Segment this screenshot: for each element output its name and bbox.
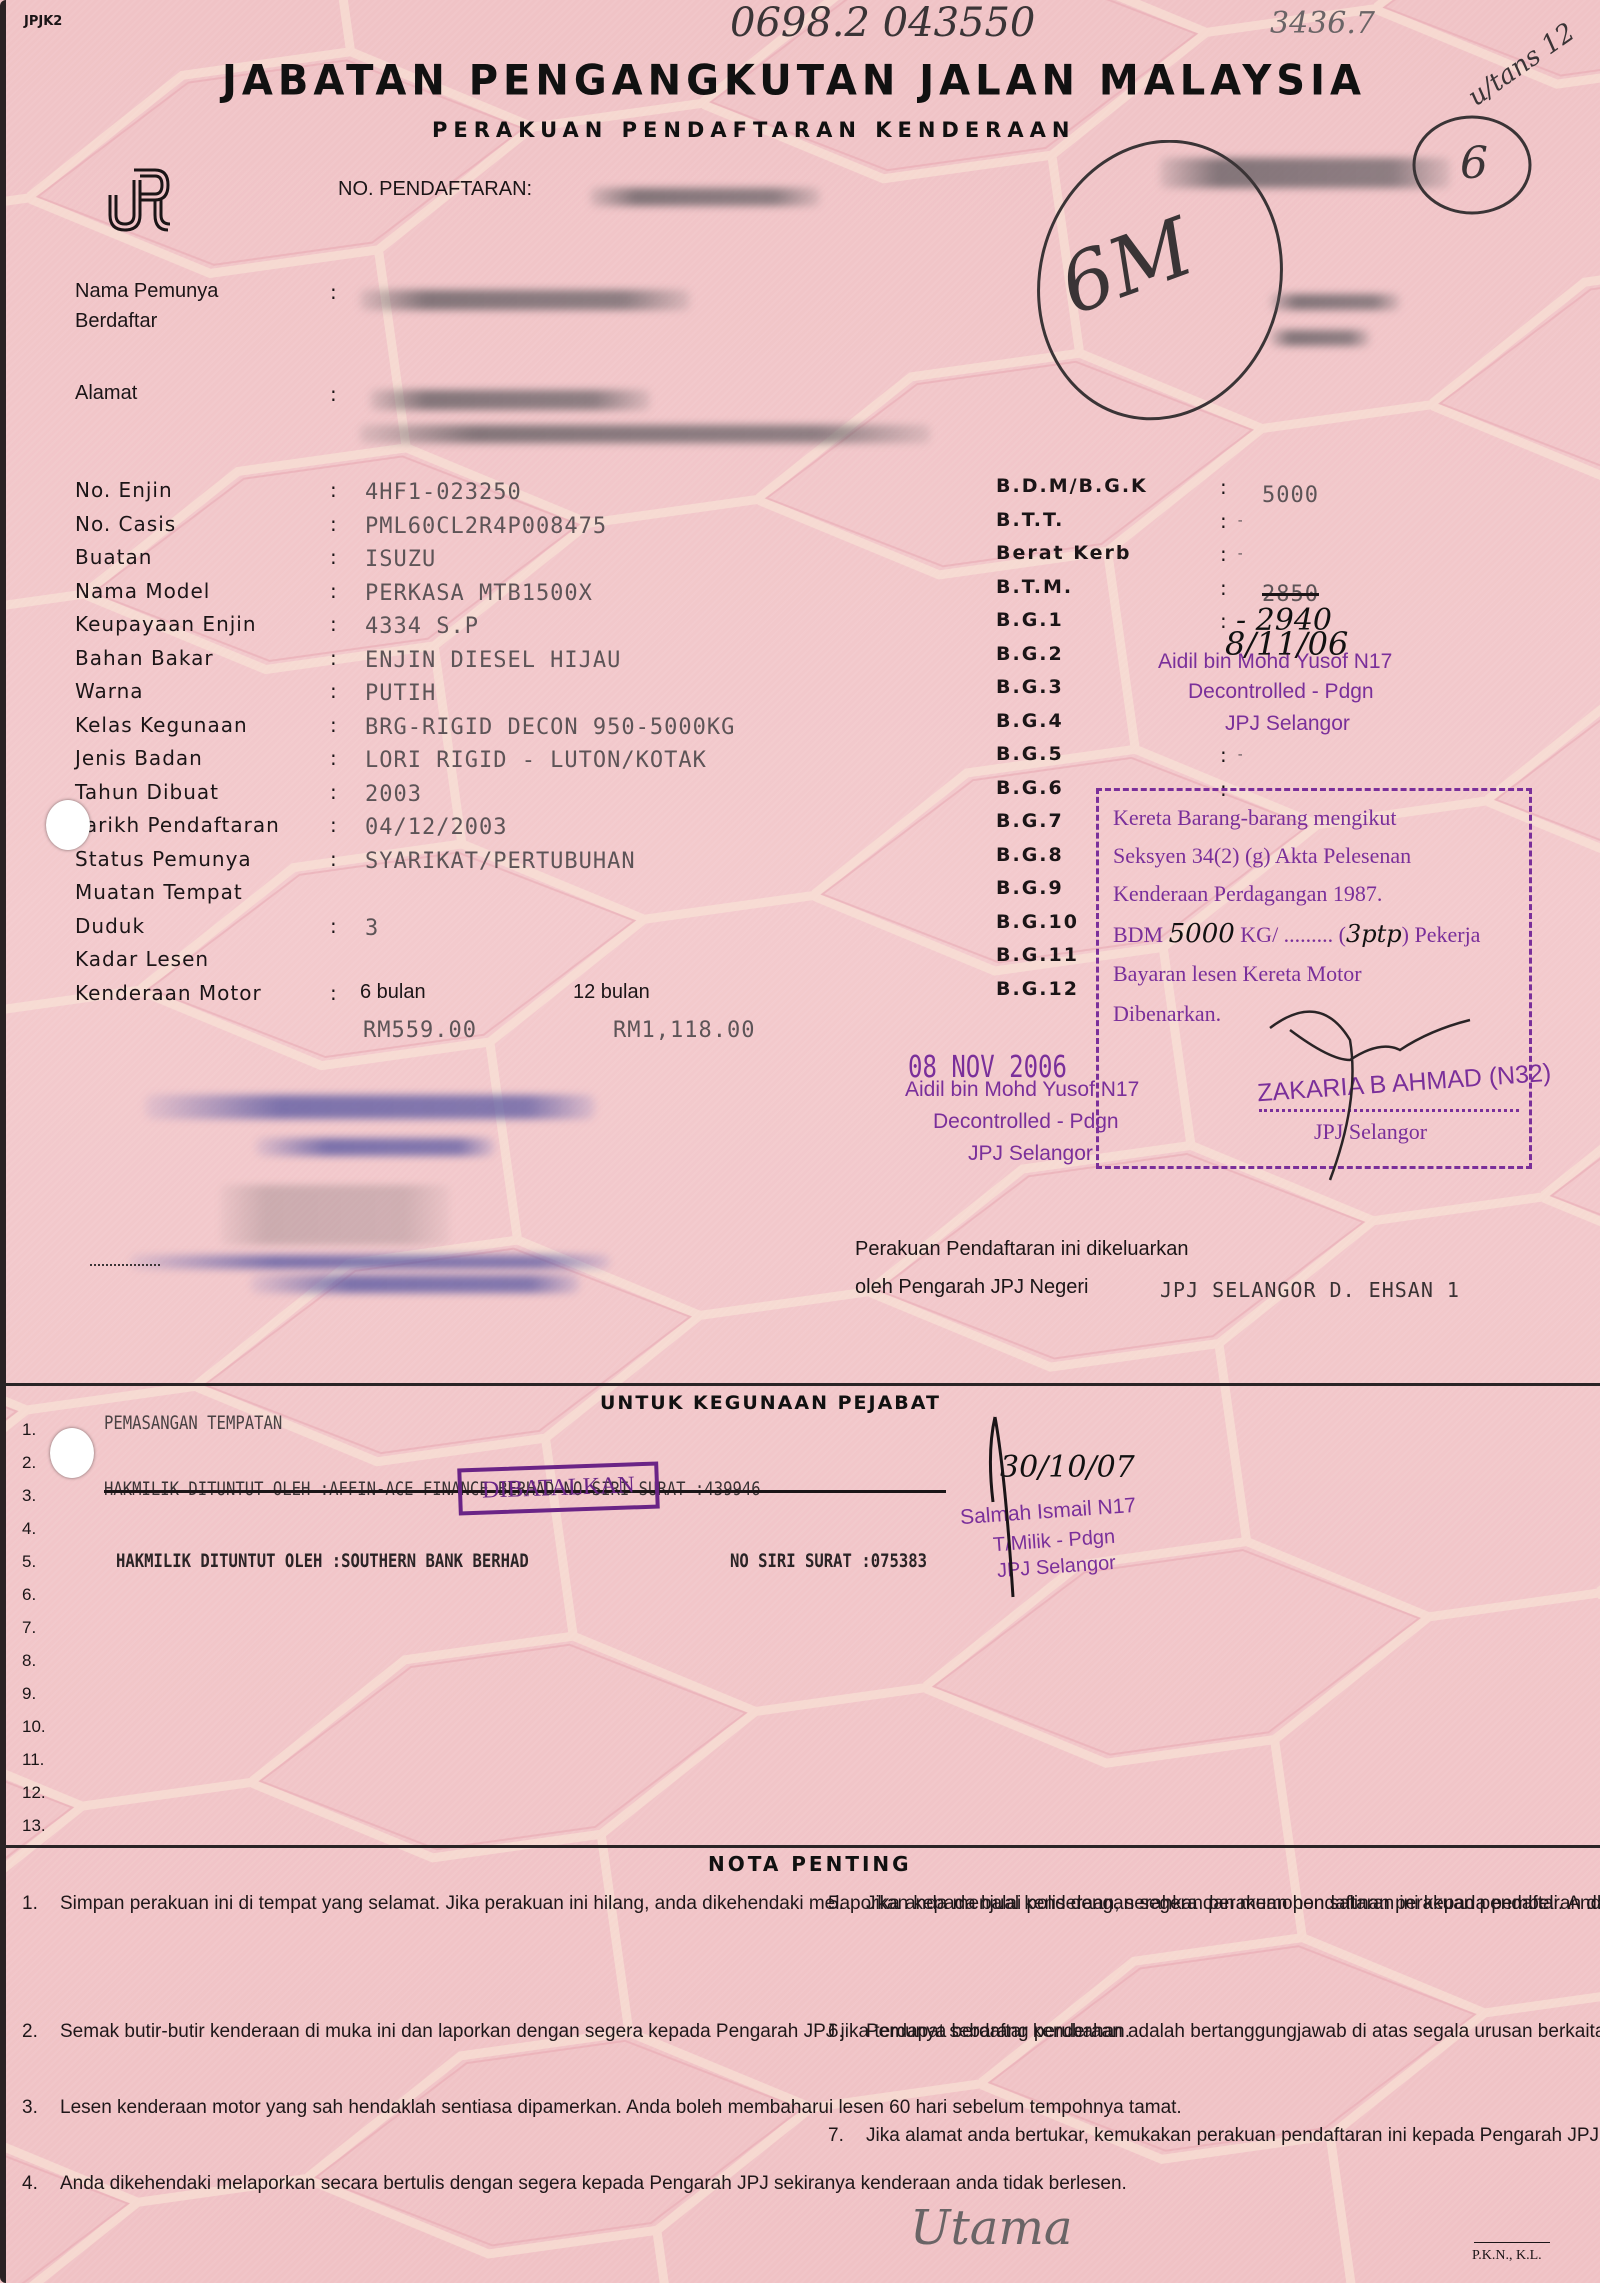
owner-label-line2: Berdaftar [75,310,157,333]
colon: : [330,646,337,670]
field-label: B.G.5 [996,743,1064,765]
row-number: 11. [22,1750,62,1783]
field-label: Status Pemunya [75,847,252,871]
stamp-line: Seksyen 34(2) (g) Akta Pelesenan [1113,843,1411,869]
note-text: Jika anda menjual kenderaan, serahkan pe… [866,1890,1584,1917]
field-label: B.D.M/B.G.K [996,475,1148,497]
form-code: JPJK2 [24,14,62,29]
field-label: B.G.8 [996,844,1064,866]
stamp-bdm-prefix: BDM [1113,922,1163,947]
redacted-right-1 [1270,294,1400,310]
colon: : [330,813,337,837]
chassis-number: PML60CL2R4P008475 [365,514,607,539]
note-item: 2.Semak butir-butir kenderaan di muka in… [22,2018,780,2045]
colon: : [330,382,337,406]
redacted-signature-4 [130,1255,610,1269]
note-text: Jika alamat anda bertukar, kemukakan per… [866,2122,1584,2149]
field-row: No. Enjin:4HF1-023250 [75,478,795,512]
field-row: Tahun Dibuat:2003 [75,780,795,814]
field-row: No. Casis:PML60CL2R4P008475 [75,512,795,546]
field-label: Jenis Badan [75,746,203,770]
colon: : [1220,475,1227,499]
colon: : [1220,743,1227,767]
row-number: 1. [22,1420,62,1453]
note-number: 5. [828,1890,844,1917]
field-row: Jenis Badan:LORI RIGID - LUTON/KOTAK [75,746,795,780]
row-number: 7. [22,1618,62,1651]
note-item: 1.Simpan perakuan ini di tempat yang sel… [22,1890,780,1917]
cancelled-stamp: DIBATALKAN [457,1462,659,1516]
field-row: Keupayaan Enjin:4334 S.P [75,612,795,646]
colon: : [330,280,337,304]
six-month-rate: RM559.00 [363,1018,477,1043]
field-label: Kenderaan Motor [75,981,262,1005]
row-number: 2. [22,1453,62,1486]
note-text: Lesen kenderaan motor yang sah hendaklah… [60,2094,780,2121]
note-text: Semak butir-butir kenderaan di muka ini … [60,2018,780,2045]
colon: : [1220,509,1227,533]
colon: : [330,780,337,804]
field-label: B.G.3 [996,676,1064,698]
field-label: Tahun Dibuat [75,780,219,804]
note-text: Pemunya berdaftar kenderaan adalah berta… [866,2018,1584,2045]
agency-title: JABATAN PENGANGKUTAN JALAN MALAYSIA [222,57,1366,105]
address-line2-redacted [360,425,930,443]
row-number: 8. [22,1651,62,1684]
field-row: Bahan Bakar:ENJIN DIESEL HIJAU [75,646,795,680]
issuer-line1: Perakuan Pendaftaran ini dikeluarkan [855,1238,1189,1261]
colon: : [330,545,337,569]
field-label: B.G.7 [996,810,1064,832]
row-number: 6. [22,1585,62,1618]
jpj-logo-icon [100,160,180,235]
certificate-subtitle: PERAKUAN PENDAFTARAN KENDERAAN [432,118,1075,142]
field-label: B.G.4 [996,710,1064,732]
issuer-office: JPJ SELANGOR D. EHSAN 1 [1160,1278,1460,1302]
field-value: - [1236,546,1245,562]
field-row: Duduk:3 [75,914,795,948]
field-label: No. Enjin [75,478,173,502]
field-row: Kelas Kegunaan:BRG-RIGID DECON 950-5000K… [75,713,795,747]
handwritten-signature: Utama [910,2200,1073,2256]
dotted-line [90,1264,160,1266]
note-text: Anda dikehendaki melaporkan secara bertu… [60,2170,780,2197]
colon: : [330,579,337,603]
field-label: B.G.6 [996,777,1064,799]
colon: : [330,746,337,770]
twelve-month-label: 12 bulan [573,981,650,1004]
redacted-signature-3 [220,1185,450,1245]
registration-number-label: NO. PENDAFTARAN: [338,178,532,201]
field-label: Kelas Kegunaan [75,713,248,737]
usage-class: BRG-RIGID DECON 950-5000KG [365,715,735,740]
field-label: B.G.2 [996,643,1064,665]
stamp-line: Kenderaan Perdagangan 1987. [1113,881,1382,907]
note-number: 1. [22,1890,38,1917]
row-number: 3. [22,1486,62,1519]
section-divider [0,1383,1600,1386]
note-text: Simpan perakuan ini di tempat yang selam… [60,1890,780,1917]
signature-scribble [1240,980,1490,1210]
punch-hole [46,800,90,850]
colon: : [330,478,337,502]
note-item: 7.Jika alamat anda bertukar, kemukakan p… [828,2122,1584,2149]
fuel-type: ENJIN DIESEL HIJAU [365,648,621,673]
stamp-bdm-line: BDM 5000 KG/ ......... (3ptp) Pekerja [1113,919,1480,949]
officer-stamp-role: Decontrolled - Pdgn [1188,680,1374,704]
office-row-numbers: 1. 2. 3. 4. 5. 6. 7. 8. 9. 10. 11. 12. 1… [22,1420,62,1849]
officer-stamp-name: Aidil bin Mohd Yusof N17 [905,1078,1139,1102]
handwritten-bdm-value: 5000 [1169,919,1235,949]
officer-stamp-office: JPJ Selangor [1225,712,1350,736]
field-label: Berat Kerb [996,542,1132,564]
cancelled-lien-entry: HAKMILIK DITUNTUT OLEH :AFFIN-ACE FINANC… [104,1478,761,1500]
field-label: Nama Model [75,579,210,603]
field-row: Kadar Lesen [75,947,795,981]
address-label: Alamat [75,382,137,405]
field-row: Muatan Tempat [75,880,795,914]
engine-capacity: 4334 S.P [365,614,479,639]
handwritten-date: 8/11/06 [1225,625,1348,663]
row-number: 4. [22,1519,62,1552]
registration-number-redacted [590,188,820,206]
owner-label-line1: Nama Pemunya [75,280,218,303]
printer-mark: P.K.N., K.L. [1472,2248,1542,2264]
field-row: Nama Model:PERKASA MTB1500X [75,579,795,613]
address-line1-redacted [370,390,650,410]
notes-title: NOTA PENTING [708,1852,912,1876]
colon: : [1220,542,1227,566]
colon: : [330,847,337,871]
registration-date: 04/12/2003 [365,815,507,840]
field-label: B.G.1 [996,609,1064,631]
field-label: B.T.M. [996,576,1073,598]
field-label: B.G.12 [996,978,1079,1000]
office-entry-header: PEMASANGAN TEMPATAN [104,1412,282,1434]
note-number: 4. [22,2170,38,2197]
note-number: 7. [828,2122,844,2149]
issuer-line2-label: oleh Pengarah JPJ Negeri [855,1276,1088,1299]
year-made: 2003 [365,782,422,807]
officer-stamp-role: Decontrolled - Pdgn [933,1110,1119,1134]
field-value: - [1236,513,1245,529]
redacted-signature-5 [250,1275,580,1293]
note-number: 6. [828,2018,844,2045]
field-row: Kenderaan Motor: 6 bulan 12 bulan [75,981,795,1015]
note-item: 5.Jika anda menjual kenderaan, serahkan … [828,1890,1584,1917]
colon: : [330,713,337,737]
field-label: B.G.10 [996,911,1079,933]
row-number: 10. [22,1717,62,1750]
handwritten-file-number: 0698.2 043550 [730,0,1035,46]
field-label: Muatan Tempat [75,880,243,904]
printer-rule [1474,2242,1550,2243]
office-use-title: UNTUK KEGUNAAN PEJABAT [600,1392,941,1414]
lien-letter-number: NO SIRI SURAT :075383 [730,1550,927,1572]
model-name: PERKASA MTB1500X [365,581,593,606]
color: PUTIH [365,681,436,706]
document-border [0,0,6,2283]
colon: : [1220,576,1227,600]
field-label: Duduk [75,914,145,938]
field-label: B.G.9 [996,877,1064,899]
field-label: Keupayaan Enjin [75,612,257,636]
colon: : [330,981,337,1005]
section-divider [0,1845,1600,1848]
redacted-right-2 [1270,330,1370,346]
colon: : [330,679,337,703]
note-item: 4.Anda dikehendaki melaporkan secara ber… [22,2170,780,2197]
stamp-bdm-mid: KG/ ......... ( [1240,922,1346,947]
field-label: Kadar Lesen [75,947,209,971]
stamp-line: Kereta Barang-barang mengikut [1113,805,1396,831]
field-label: Tarikh Pendaftaran [75,813,280,837]
field-label: No. Casis [75,512,176,536]
twelve-month-rate: RM1,118.00 [613,1018,755,1043]
owner-name-redacted [360,290,690,310]
owner-status: SYARIKAT/PERTUBUHAN [365,849,636,874]
row-number: 9. [22,1684,62,1717]
signature-stroke [985,1412,1035,1602]
redacted-signature-2 [255,1138,495,1156]
colon: : [330,914,337,938]
field-label: B.T.T. [996,509,1064,531]
note-item: 6.Pemunya berdaftar kenderaan adalah ber… [828,2018,1584,2045]
field-label: Bahan Bakar [75,646,214,670]
six-month-label: 6 bulan [360,981,426,1004]
field-label: B.G.11 [996,944,1079,966]
officer-stamp-office: JPJ Selangor [968,1142,1093,1166]
note-number: 2. [22,2018,38,2045]
gross-weight: 5000 [1262,483,1319,508]
row-number: 12. [22,1783,62,1816]
note-item: 3.Lesen kenderaan motor yang sah hendakl… [22,2094,780,2121]
field-value: - [1236,747,1245,763]
field-row: Warna:PUTIH [75,679,795,713]
colon: : [330,612,337,636]
handwritten-worker-count: 3ptp [1346,920,1402,948]
active-lien-entry: HAKMILIK DITUNTUT OLEH :SOUTHERN BANK BE… [116,1550,529,1572]
engine-number: 4HF1-023250 [365,480,522,505]
field-label: Buatan [75,545,152,569]
field-row: Status Pemunya:SYARIKAT/PERTUBUHAN [75,847,795,881]
field-row: Tarikh Pendaftaran:04/12/2003 [75,813,795,847]
make: ISUZU [365,547,436,572]
redacted-signature-1 [145,1095,595,1119]
stamp-bdm-suffix: ) Pekerja [1402,922,1481,947]
seating-capacity: 3 [365,916,379,941]
field-row: Buatan:ISUZU [75,545,795,579]
vehicle-details: No. Enjin:4HF1-023250 No. Casis:PML60CL2… [75,478,795,1014]
stamp-line: Dibenarkan. [1113,1001,1221,1027]
body-type: LORI RIGID - LUTON/KOTAK [365,748,707,773]
field-label: Warna [75,679,144,703]
handwritten-6: 6 [1460,138,1488,189]
row-number: 5. [22,1552,62,1585]
handwritten-reference: 3436.7 [1270,6,1375,41]
note-number: 3. [22,2094,38,2121]
colon: : [330,512,337,536]
